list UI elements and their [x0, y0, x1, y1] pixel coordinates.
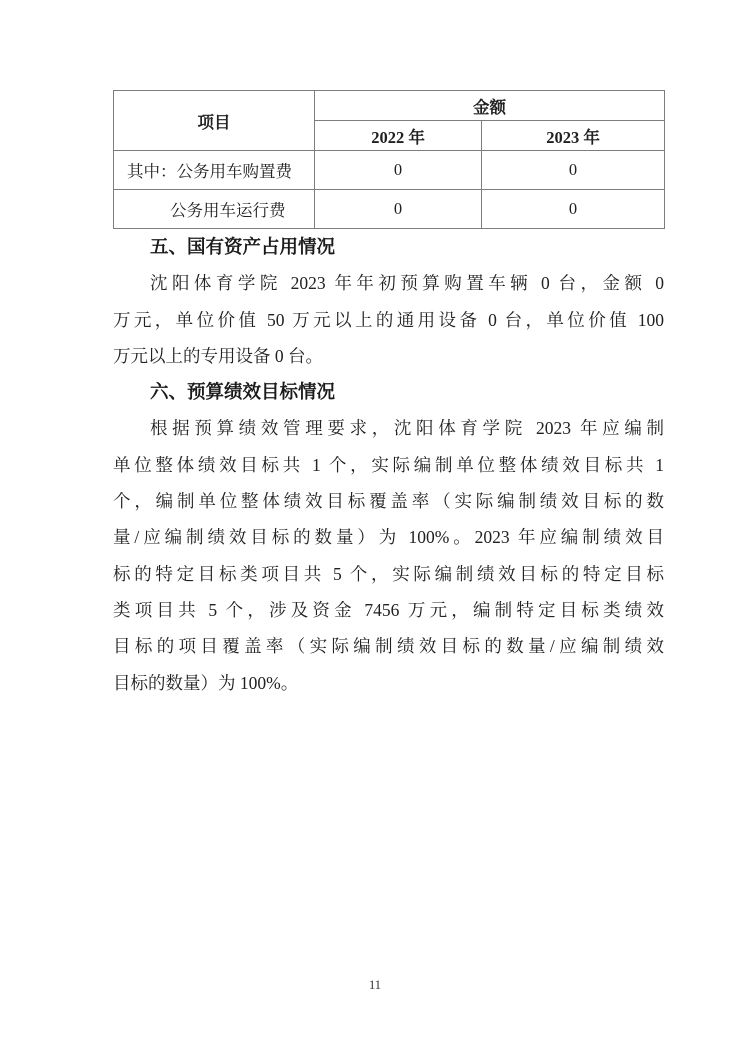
row-label-vehicle-operation: 公务用车运行费: [114, 190, 315, 229]
paragraph-line: 目标的数量）为 100%。: [113, 665, 664, 701]
paragraph-line: 标的特定目标类项目共 5 个，实际编制绩效目标的特定目标: [113, 556, 664, 592]
paragraph-line: 沈阳体育学院 2023 年年初预算购置车辆 0 台，金额 0: [113, 265, 664, 301]
paragraph-line: 单位整体绩效目标共 1 个，实际编制单位整体绩效目标共 1: [113, 447, 664, 483]
paragraph-line: 个，编制单位整体绩效目标覆盖率（实际编制绩效目标的数: [113, 483, 664, 519]
table-header-year-2023: 2023 年: [482, 121, 665, 151]
paragraph-line: 目标的项目覆盖率（实际编制绩效目标的数量/应编制绩效: [113, 628, 664, 664]
paragraph-line: 量/应编制绩效目标的数量）为 100%。2023 年应编制绩效目: [113, 519, 664, 555]
table-row-vehicle-operation: 公务用车运行费 0 0: [114, 190, 665, 229]
table-header-row-1: 项目 金额: [114, 91, 665, 121]
paragraph-line: 类项目共 5 个，涉及资金 7456 万元，编制特定目标类绩效: [113, 592, 664, 628]
table-header-item: 项目: [114, 91, 315, 151]
vehicle-purchase-2022-value: 0: [315, 151, 482, 190]
official-vehicle-budget-table: 项目 金额 2022 年 2023 年 其中：公务用车购置费 0 0 公务用车运…: [113, 90, 665, 229]
document-text-block: 五、国有资产占用情况 沈阳体育学院 2023 年年初预算购置车辆 0 台，金额 …: [113, 229, 664, 701]
table-row-vehicle-purchase: 其中：公务用车购置费 0 0: [114, 151, 665, 190]
table-header-amount: 金额: [315, 91, 665, 121]
vehicle-operation-2022-value: 0: [315, 190, 482, 229]
page-number: 11: [0, 978, 750, 993]
paragraph-line: 万元，单位价值 50 万元以上的通用设备 0 台，单位价值 100: [113, 302, 664, 338]
paragraph-line: 根据预算绩效管理要求，沈阳体育学院 2023 年应编制: [113, 410, 664, 446]
section-heading-performance-targets: 六、预算绩效目标情况: [113, 374, 664, 410]
section-heading-state-assets: 五、国有资产占用情况: [113, 229, 664, 265]
paragraph-line: 万元以上的专用设备 0 台。: [113, 338, 664, 374]
row-label-vehicle-purchase: 其中：公务用车购置费: [114, 151, 315, 190]
table-header-year-2022: 2022 年: [315, 121, 482, 151]
vehicle-operation-2023-value: 0: [482, 190, 665, 229]
vehicle-purchase-2023-value: 0: [482, 151, 665, 190]
